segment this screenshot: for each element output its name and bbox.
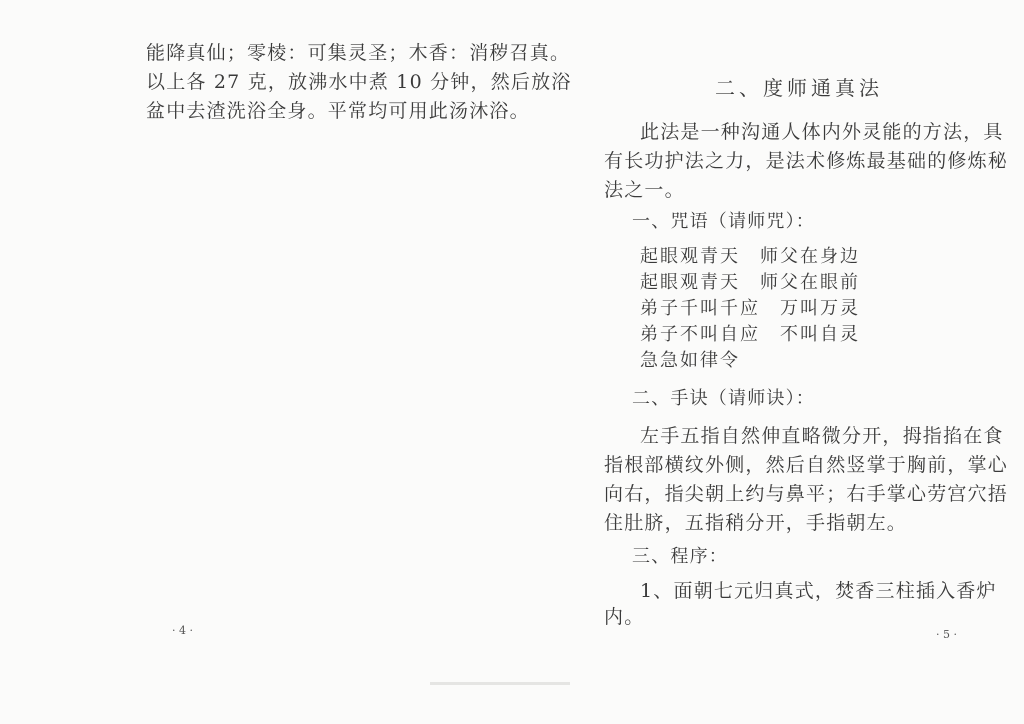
left-page: 能降真仙；零棱：可集灵圣；木香：消秽召真。 以上各 27 克，放沸水中煮 10 … — [0, 0, 512, 724]
verse-line: 起眼观青天 师父在眼前 — [640, 268, 860, 294]
subsection-heading: 三、程序： — [632, 542, 728, 568]
text-line: 能降真仙；零棱：可集灵圣；木香：消秽召真。 — [146, 38, 570, 65]
paragraph-line: 法之一。 — [604, 175, 685, 202]
paragraph-line: 指根部横纹外侧，然后自然竖掌于胸前，掌心 — [604, 450, 1008, 477]
text-line: 盆中去渣洗浴全身。平常均可用此汤沐浴。 — [146, 96, 530, 123]
page-fold-shadow — [430, 682, 570, 685]
verse-line: 弟子千叫千应 万叫万灵 — [640, 294, 860, 320]
paragraph-line: 此法是一种沟通人体内外灵能的方法，具 — [640, 117, 1004, 144]
verse-line: 急急如律令 — [640, 346, 740, 372]
paragraph-line: 向右，指尖朝上约与鼻平；右手掌心劳宫穴捂 — [604, 479, 1008, 506]
paragraph-line: 左手五指自然伸直略微分开，拇指掐在食 — [640, 421, 1004, 448]
verse-line: 起眼观青天 师父在身边 — [640, 242, 860, 268]
paragraph-line: 住肚脐，五指稍分开，手指朝左。 — [604, 508, 907, 535]
text-line: 以上各 27 克，放沸水中煮 10 分钟，然后放浴 — [146, 67, 572, 94]
paragraph-line: 有长功护法之力，是法术修炼最基础的修炼秘 — [604, 146, 1008, 173]
page-number: · 4 · — [172, 624, 193, 637]
subsection-heading: 二、手诀（请师诀）： — [632, 384, 815, 410]
subsection-heading: 一、咒语（请师咒）： — [632, 207, 815, 233]
page-number: · 5 · — [936, 628, 957, 641]
verse-line: 弟子不叫自应 不叫自灵 — [640, 320, 860, 346]
paragraph-line: 1、面朝七元归真式，焚香三柱插入香炉 — [640, 576, 997, 603]
paragraph-line: 内。 — [604, 602, 644, 629]
section-title: 二、度师通真法 — [715, 72, 883, 101]
right-page: 二、度师通真法 此法是一种沟通人体内外灵能的方法，具 有长功护法之力，是法术修炼… — [512, 0, 1024, 724]
